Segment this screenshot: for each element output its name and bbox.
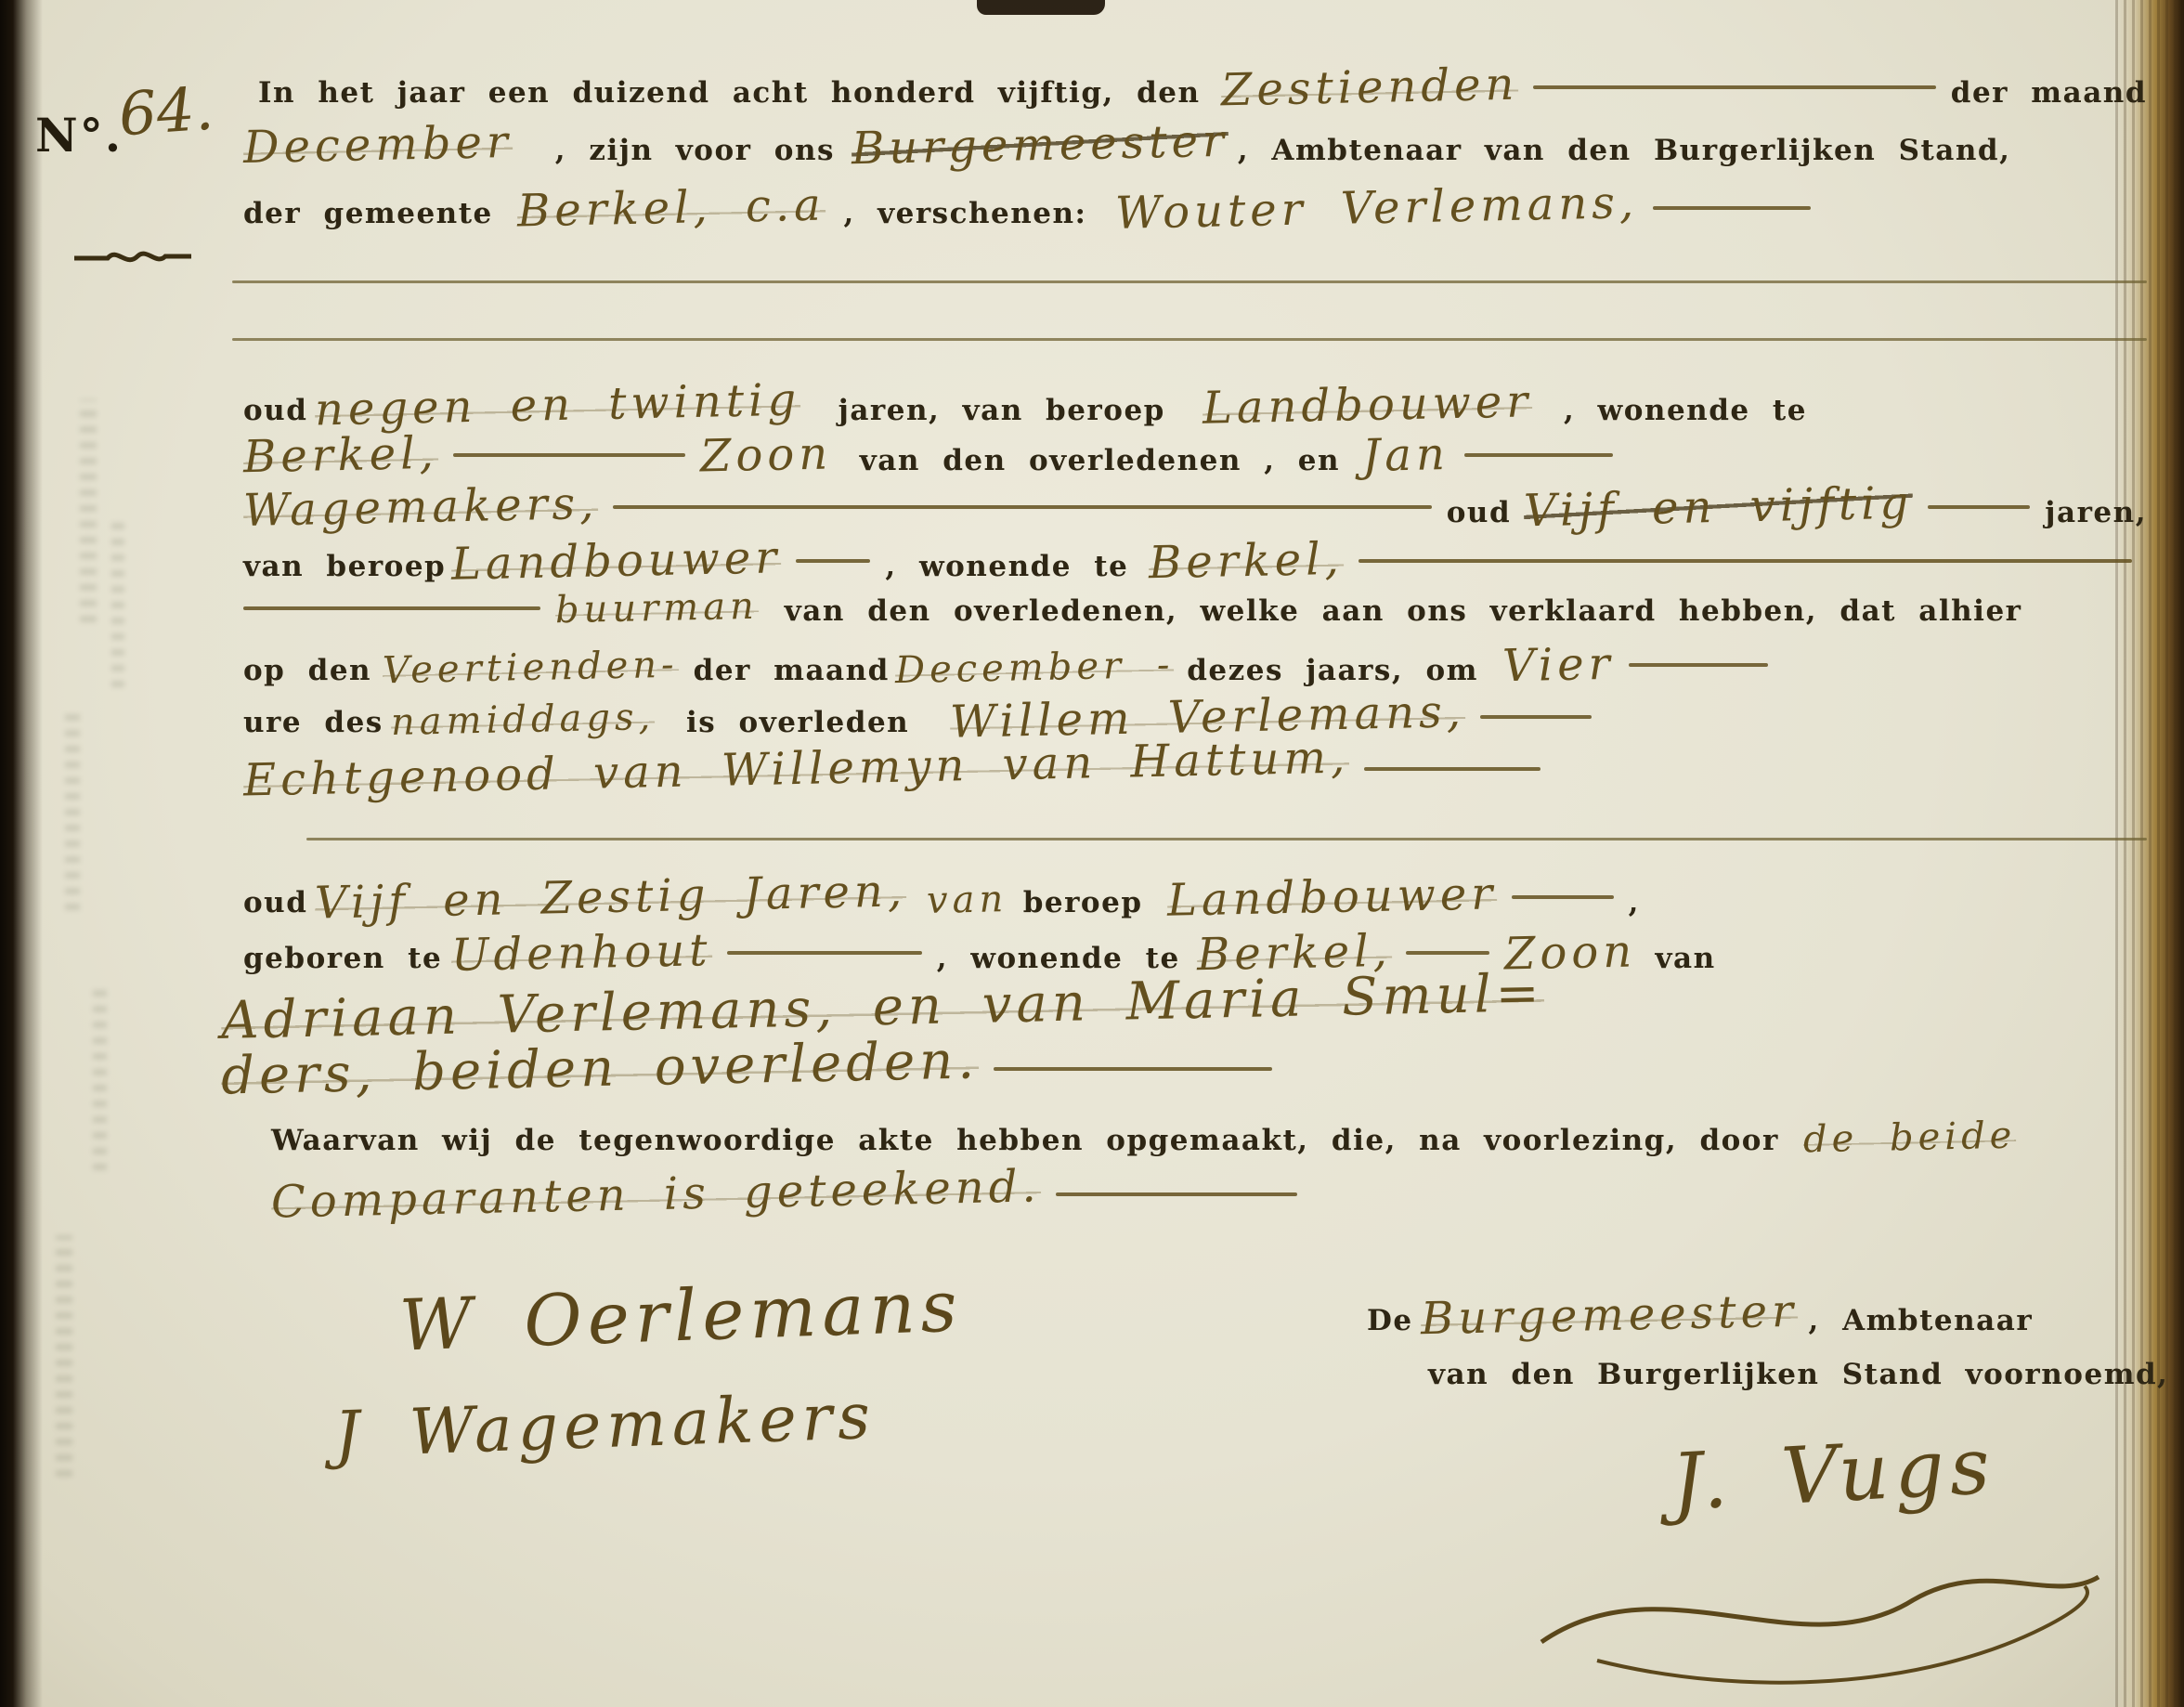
printed-text: , zijn voor ons bbox=[555, 134, 835, 167]
handwritten-deceased-profession: Landbouwer bbox=[1166, 867, 1497, 926]
record-line: Adriaan Verlemans, en van Maria Smul= bbox=[221, 977, 2147, 1037]
ink-dash-filler bbox=[1653, 206, 1811, 210]
printed-text: , wonende te bbox=[1564, 394, 1807, 427]
handwritten-death-hour: Vier bbox=[1501, 638, 1615, 693]
printed-text: , bbox=[1629, 886, 1640, 919]
ink-dash-filler bbox=[1533, 85, 1936, 89]
handwritten-death-month: December - bbox=[894, 644, 1174, 692]
handwritten-residence: Berkel, bbox=[1149, 533, 1345, 589]
handwritten-relation: buurman bbox=[555, 585, 760, 632]
handwritten-closing: Comparanten is geteekend. bbox=[271, 1160, 1042, 1228]
record-line: op den Veertienden- der maand December -… bbox=[243, 639, 2147, 691]
printed-text: , wonende te bbox=[885, 550, 1128, 583]
printed-text: Waarvan wij de tegenwoordige akte hebben… bbox=[271, 1124, 1779, 1157]
record-line: Comparanten is geteekend. bbox=[271, 1168, 2147, 1220]
printed-text: beroep bbox=[1023, 886, 1143, 919]
record-line: Berkel, Zoon van den overledenen , en Ja… bbox=[243, 429, 2147, 481]
handwritten-official-title: Burgemeester bbox=[1420, 1285, 1798, 1345]
printed-text: van den overledenen, welke aan ons verkl… bbox=[785, 594, 2022, 628]
handwritten-residence: Berkel, bbox=[242, 427, 438, 483]
official-title-line: De Burgemeester , Ambtenaar bbox=[1367, 1289, 2033, 1341]
printed-text: In het jaar een duizend acht honderd vij… bbox=[258, 76, 1201, 110]
handwritten-official-title: Burgemeester bbox=[851, 115, 1228, 175]
ink-dash-filler bbox=[994, 1067, 1272, 1071]
printed-text: dezes jaars, om bbox=[1187, 654, 1478, 687]
record-line: oud negen en twintig jaren, van beroep L… bbox=[243, 379, 2147, 431]
printed-text: , verschenen: bbox=[844, 197, 1087, 230]
form-rule bbox=[232, 280, 2147, 283]
ink-dash-filler bbox=[796, 559, 870, 563]
ink-smudge bbox=[977, 0, 1105, 15]
record-line: Waarvan wij de tegenwoordige akte hebben… bbox=[271, 1116, 2147, 1159]
book-binding-right bbox=[2115, 0, 2184, 1707]
record-line: der gemeente Berkel, c.a , verschenen: W… bbox=[243, 182, 2147, 234]
act-number-value: 64. bbox=[117, 75, 216, 150]
printed-text: der maand bbox=[694, 654, 890, 687]
bleedthrough-mark bbox=[111, 520, 124, 687]
ink-dash-filler bbox=[1629, 663, 1768, 667]
bleedthrough-mark bbox=[93, 984, 107, 1170]
ink-dash-filler bbox=[243, 606, 540, 610]
record-line: ders, beiden overleden. bbox=[221, 1038, 2147, 1099]
record-line: buurman van den overledenen, welke aan o… bbox=[243, 587, 2147, 630]
form-rule bbox=[306, 838, 2147, 840]
printed-text: is overleden bbox=[686, 706, 909, 739]
printed-text: op den bbox=[243, 654, 371, 687]
signature-flourish bbox=[1523, 1549, 2117, 1688]
witness-signature: J Wagemakers bbox=[334, 1389, 876, 1463]
record-line: December , zijn voor ons Burgemeester , … bbox=[243, 119, 2147, 171]
handwritten-text: van bbox=[927, 878, 1008, 922]
ink-dash-filler bbox=[1358, 559, 2132, 563]
printed-text: van den overledenen , en bbox=[860, 444, 1340, 477]
witness-signature: W Oerlemans bbox=[399, 1274, 963, 1357]
margin-flourish bbox=[72, 243, 193, 271]
record-line: oud Vijf en Zestig Jaren, van beroep Lan… bbox=[243, 871, 2147, 923]
printed-text: oud bbox=[1447, 496, 1511, 529]
record-line: van beroep Landbouwer , wonende te Berke… bbox=[243, 535, 2147, 587]
printed-text: van den Burgerlijken Stand voornoemd, bbox=[1428, 1358, 2168, 1391]
ink-dash-filler bbox=[1512, 895, 1614, 899]
ink-dash-filler bbox=[1928, 505, 2030, 509]
printed-text: geboren te bbox=[243, 942, 442, 975]
ink-dash-filler bbox=[613, 505, 1431, 509]
official-signature: J. Vugs bbox=[1671, 1428, 1995, 1519]
handwritten-birthplace: Udenhout bbox=[451, 924, 713, 982]
record-line: Echtgenood van Willemyn van Hattum, bbox=[243, 743, 2147, 795]
book-edge-left bbox=[0, 0, 43, 1707]
printed-text: van beroep bbox=[243, 550, 446, 583]
printed-text: der gemeente bbox=[243, 197, 493, 230]
handwritten-age: Vijf en vijftig bbox=[1524, 477, 1914, 538]
printed-text: van bbox=[1655, 942, 1715, 975]
signature-text: W Oerlemans bbox=[398, 1264, 964, 1366]
handwritten-declarant-name: Wouter Verlemans, bbox=[1114, 176, 1638, 240]
handwritten-text: de beide bbox=[1802, 1114, 2016, 1162]
handwritten-municipality: Berkel, c.a bbox=[516, 179, 825, 238]
ink-dash-filler bbox=[1406, 951, 1489, 955]
handwritten-name: Jan bbox=[1361, 428, 1449, 482]
handwritten-deceased-age: Vijf en Zestig Jaren, bbox=[315, 865, 907, 929]
printed-text: der maand bbox=[1951, 76, 2147, 110]
handwritten-surname: Wagemakers, bbox=[242, 477, 598, 537]
ink-dash-filler bbox=[1056, 1192, 1297, 1196]
printed-text: oud bbox=[243, 394, 307, 427]
record-line: Wagemakers, oud Vijf en vijftig jaren, bbox=[243, 481, 2147, 533]
printed-text: jaren, van beroep bbox=[838, 394, 1165, 427]
act-number-label: N°. bbox=[35, 108, 123, 163]
handwritten-month: December bbox=[242, 116, 513, 174]
handwritten-age: negen en twintig bbox=[315, 374, 801, 437]
printed-text: , wonende te bbox=[937, 942, 1180, 975]
printed-text: , Ambtenaar van den Burgerlijken Stand, bbox=[1238, 134, 2011, 167]
printed-text: De bbox=[1367, 1304, 1413, 1337]
bleedthrough-mark bbox=[80, 399, 97, 622]
ink-dash-filler bbox=[1364, 767, 1540, 771]
ink-dash-filler bbox=[453, 453, 685, 457]
printed-text: ure des bbox=[243, 706, 383, 739]
bleedthrough-mark bbox=[56, 1235, 72, 1477]
ink-dash-filler bbox=[1464, 453, 1613, 457]
handwritten-spouse: Echtgenood van Willemyn van Hattum, bbox=[243, 732, 1350, 807]
handwritten-day: Zestienden bbox=[1220, 59, 1519, 117]
form-rule bbox=[232, 338, 2147, 341]
handwritten-death-day: Veertienden- bbox=[383, 644, 679, 693]
ink-dash-filler bbox=[727, 951, 922, 955]
printed-text: jaren, bbox=[2045, 496, 2147, 529]
signature-text: J Wagemakers bbox=[333, 1380, 877, 1472]
printed-text: oud bbox=[243, 886, 307, 919]
bleedthrough-mark bbox=[65, 706, 80, 910]
handwritten-parents-continued: ders, beiden overleden. bbox=[220, 1030, 979, 1106]
record-line: In het jaar een duizend acht honderd vij… bbox=[258, 61, 2147, 113]
handwritten-profession: Landbouwer bbox=[451, 531, 782, 590]
official-title-line: van den Burgerlijken Stand voornoemd, bbox=[1428, 1358, 2168, 1391]
signature-text: J. Vugs bbox=[1670, 1420, 1997, 1528]
death-record-scan: N°. 64. In het jaar een duizend acht hon… bbox=[0, 0, 2184, 1707]
printed-text: , Ambtenaar bbox=[1808, 1304, 2033, 1337]
handwritten-profession: Landbouwer bbox=[1202, 375, 1532, 434]
ink-dash-filler bbox=[1480, 715, 1592, 719]
handwritten-relation: Zoon bbox=[699, 428, 832, 483]
handwritten-daypart: namiddags, bbox=[390, 696, 655, 744]
